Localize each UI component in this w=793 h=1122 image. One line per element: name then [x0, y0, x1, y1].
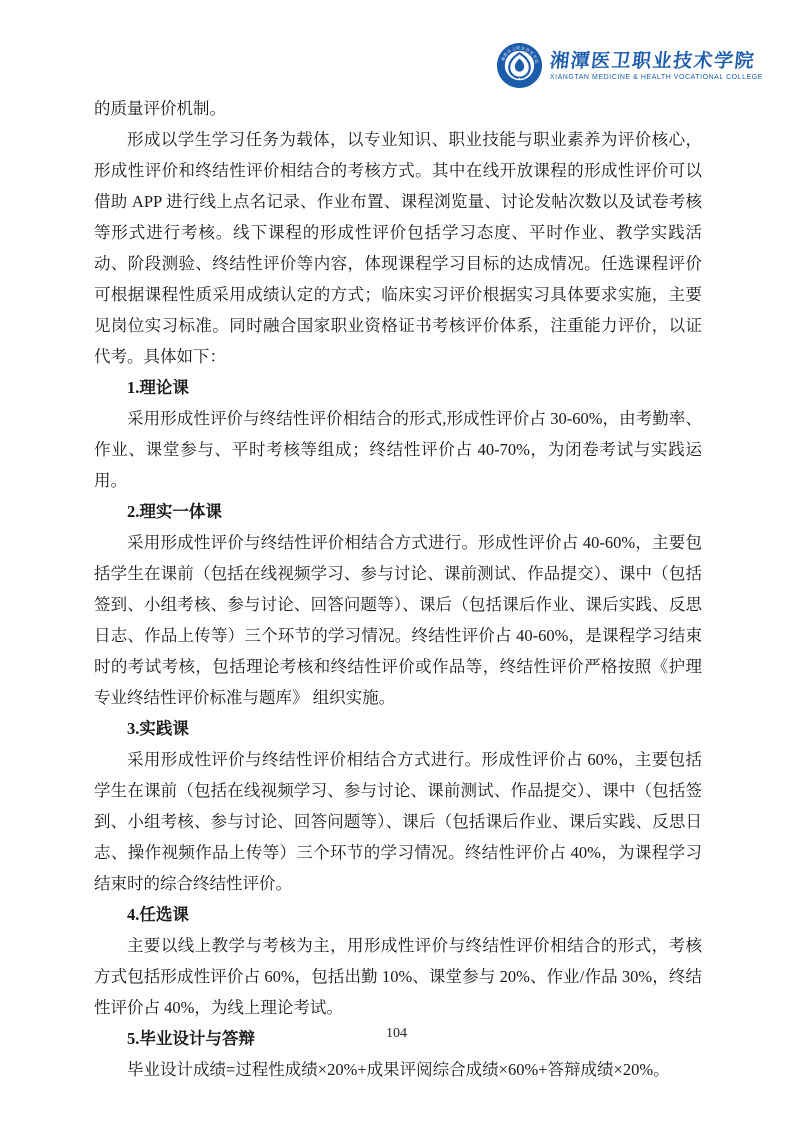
college-seal-icon: 湘潭医卫职业技术学院: [496, 42, 543, 89]
paragraph-overview: 形成以学生学习任务为载体，以专业知识、职业技能与职业素养为评价核心，形成性评价和…: [94, 124, 702, 372]
college-logo: 湘潭医卫职业技术学院 湘潭医卫职业技术学院 XIANGTAN MEDICINE …: [496, 42, 763, 89]
section-heading-theory-practice-course: 2.理实一体课: [94, 496, 702, 527]
paragraph-theory-course: 采用形成性评价与终结性评价相结合的形式,形成性评价占 30-60%，由考勤率、作…: [94, 403, 702, 496]
paragraph-elective-course: 主要以线上教学与考核为主，用形成性评价与终结性评价相结合的形式，考核方式包括形成…: [94, 930, 702, 1023]
section-heading-theory-course: 1.理论课: [94, 372, 702, 403]
paragraph-continuation: 的质量评价机制。: [94, 93, 702, 124]
page-number: 104: [0, 1026, 793, 1042]
section-heading-practice-course: 3.实践课: [94, 713, 702, 744]
section-heading-elective-course: 4.任选课: [94, 899, 702, 930]
college-name-block: 湘潭医卫职业技术学院 XIANGTAN MEDICINE & HEALTH VO…: [550, 51, 763, 81]
paragraph-graduation-design: 毕业设计成绩=过程性成绩×20%+成果评阅综合成绩×60%+答辩成绩×20%。: [94, 1054, 702, 1085]
paragraph-theory-practice-course: 采用形成性评价与终结性评价相结合方式进行。形成性评价占 40-60%，主要包括学…: [94, 527, 702, 713]
college-name-zh: 湘潭医卫职业技术学院: [549, 51, 764, 73]
paragraph-practice-course: 采用形成性评价与终结性评价相结合方式进行。形成性评价占 60%，主要包括学生在课…: [94, 744, 702, 899]
document-body: 的质量评价机制。 形成以学生学习任务为载体，以专业知识、职业技能与职业素养为评价…: [94, 93, 702, 1085]
college-name-en: XIANGTAN MEDICINE & HEALTH VOCATIONAL CO…: [550, 74, 763, 81]
document-page: 湘潭医卫职业技术学院 湘潭医卫职业技术学院 XIANGTAN MEDICINE …: [0, 0, 793, 1122]
